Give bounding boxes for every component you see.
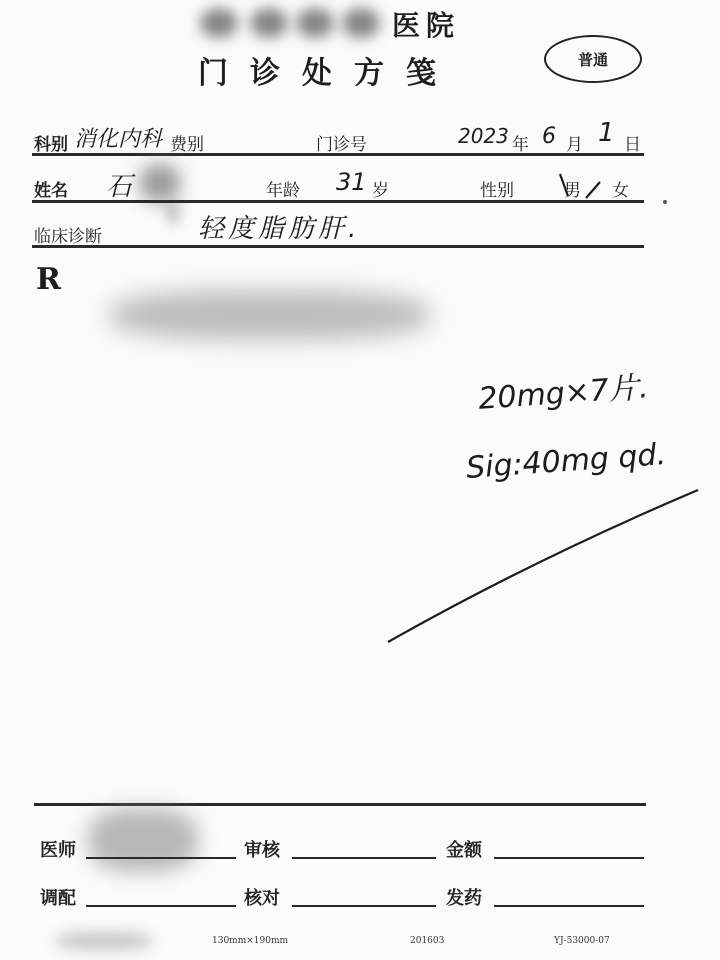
dosage-quantity: 20mg×7片. (477, 362, 650, 418)
speck (663, 200, 667, 204)
doctor-label: 医师 (40, 836, 76, 862)
footer-rule (34, 803, 646, 806)
department-label: 科别 (34, 130, 68, 155)
row-rule (32, 200, 644, 203)
review-signature-field (292, 857, 436, 859)
review-label: 审核 (244, 836, 280, 862)
age-label: 年龄 (266, 176, 300, 201)
row-rule (32, 153, 644, 156)
date-year-unit: 年 (512, 130, 529, 155)
dispense-label: 调配 (40, 884, 76, 910)
redacted-hospital-name (342, 8, 380, 38)
row-rule (32, 245, 644, 248)
redacted-printer-name (56, 932, 152, 950)
diagnosis-value: 轻度脂肪肝. (198, 208, 360, 245)
check-label: 核对 (244, 884, 280, 910)
form-title: 门诊处方笺 (198, 48, 458, 92)
check-signature-field (292, 905, 436, 907)
amount-field (494, 857, 644, 859)
amount-label: 金额 (446, 836, 482, 862)
date-month-unit: 月 (566, 130, 583, 155)
date-day-unit: 日 (624, 130, 641, 155)
redacted-hospital-name (296, 8, 334, 38)
dispense-signature-field (86, 905, 236, 907)
dosage-instructions: Sig:40mg qd. (465, 437, 667, 486)
name-label: 姓名 (34, 176, 68, 201)
date-year: 2023 (458, 124, 509, 148)
date-day: 1 (598, 118, 615, 148)
redacted-hospital-name (250, 8, 288, 38)
fee-type-label: 费别 (170, 130, 204, 155)
name-value: 石 (106, 166, 132, 203)
redacted-hospital-name (200, 8, 238, 38)
gender-option-female: 女 (612, 176, 629, 201)
issue-label: 发药 (446, 884, 482, 910)
issue-signature-field (494, 905, 644, 907)
redacted-patient-name (140, 164, 180, 202)
prescription-type-badge: 普通 (544, 35, 642, 83)
gender-label: 性别 (480, 176, 514, 201)
gender-check-mark (556, 168, 604, 204)
rx-symbol: R (36, 262, 61, 297)
age-unit: 岁 (372, 176, 389, 201)
outpatient-no-label: 门诊号 (316, 130, 367, 155)
department-value: 消化内科 (74, 122, 162, 153)
date-month: 6 (542, 124, 556, 149)
redacted-patient-name (166, 202, 180, 224)
redacted-drug-name (110, 290, 430, 340)
end-slash-stroke (380, 480, 710, 650)
hospital-name-suffix: 医院 (392, 4, 460, 44)
doctor-signature-field (86, 857, 236, 859)
diagnosis-label: 临床诊断 (34, 222, 102, 247)
form-code: YJ-53000-07 (554, 936, 610, 946)
print-code: 201603 (410, 936, 444, 946)
age-value: 31 (336, 168, 367, 196)
redacted-doctor-name (88, 808, 198, 872)
paper-size-spec: 130mm×190mm (212, 936, 288, 946)
badge-label: 普通 (578, 49, 608, 70)
